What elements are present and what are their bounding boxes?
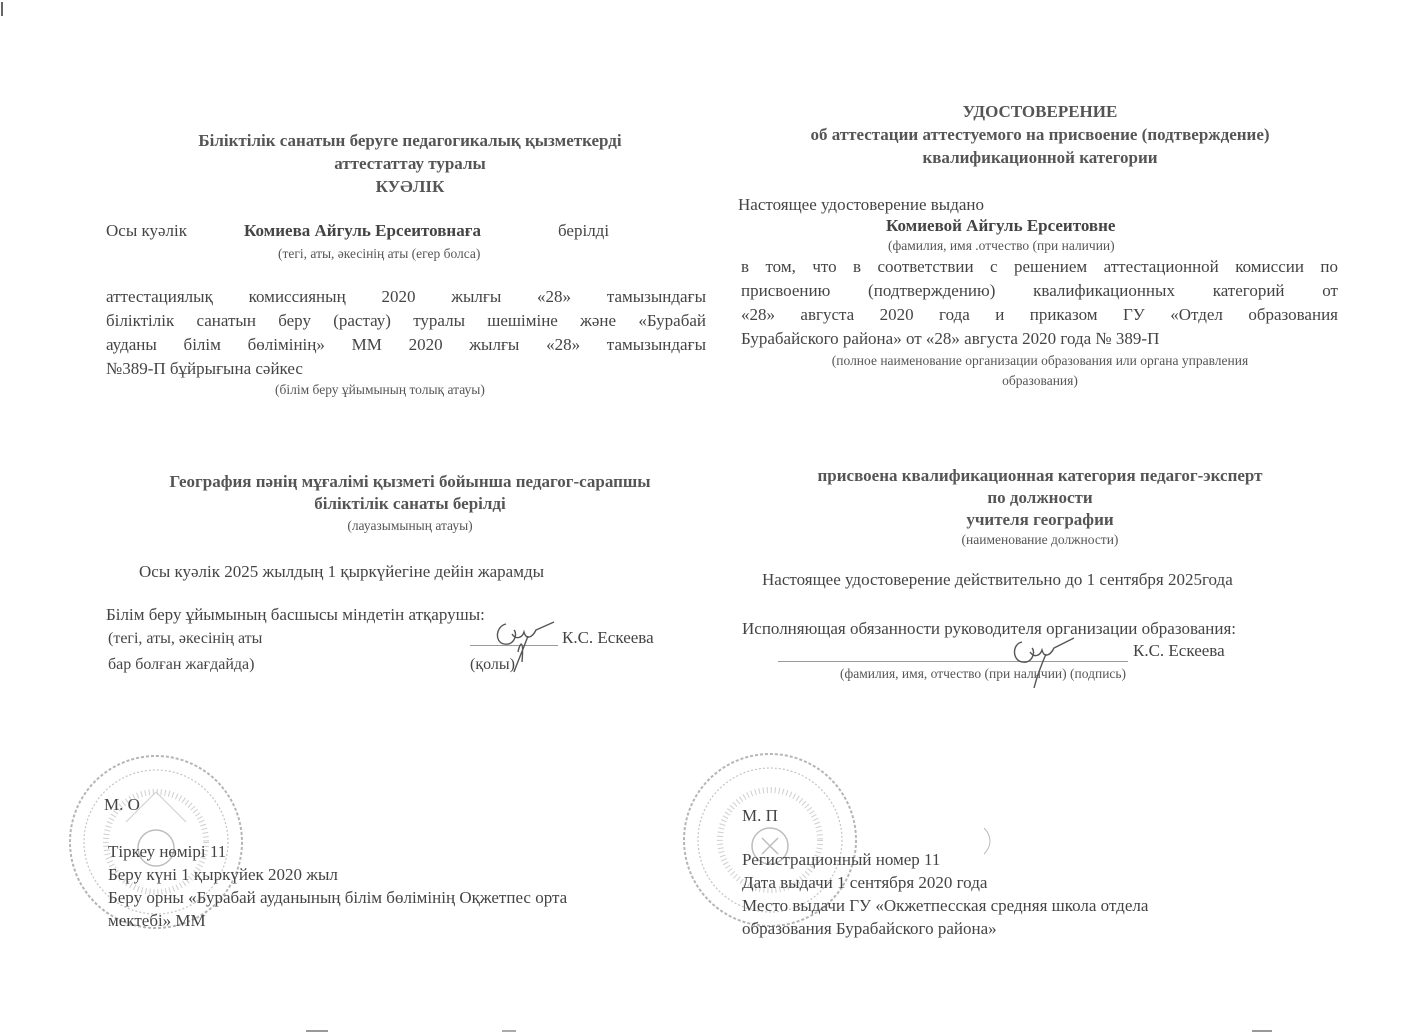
left-title-line3: КУӘЛІК — [100, 177, 720, 197]
left-name-caption: (тегі, аты, әкесінің аты (егер болса) — [278, 246, 480, 262]
right-validity: Настоящее удостоверение действительно до… — [762, 570, 1233, 590]
bracket-mark — [982, 826, 994, 856]
left-org-caption: (білім беру ұйымының толық атауы) — [275, 382, 485, 398]
left-body-line-2: біліктілік санатын беру (растау) туралы … — [106, 308, 706, 334]
right-title-line2: об аттестации аттестуемого на присвоение… — [730, 125, 1350, 145]
right-title-line3: квалификационной категории — [730, 148, 1350, 168]
scan-artifact — [502, 1030, 516, 1032]
right-category-line2: по должности — [730, 488, 1350, 508]
right-stamp-label: М. П — [742, 806, 778, 826]
right-body-line-1: в том, что в соответствии с решением атт… — [741, 254, 1338, 280]
scan-artifact — [306, 1030, 328, 1032]
right-name-caption: (фамилия, имя .отчество (при наличии) — [888, 238, 1115, 254]
left-position-line1: География пәнің мұғалімі қызметі бойынша… — [100, 472, 720, 492]
right-issue-place-line1: Место выдачи ГУ «Окжетпесская средняя шк… — [742, 896, 1148, 916]
left-position-line2: біліктілік санаты берілді — [100, 494, 720, 514]
left-title-line2: аттестаттау туралы — [100, 154, 720, 174]
left-issued-name: Комиева Айгуль Ерсеитовнаға — [244, 221, 481, 241]
right-signer: К.С. Ескеева — [1133, 641, 1225, 661]
right-position-caption: (наименование должности) — [730, 532, 1350, 548]
right-title-line1: УДОСТОВЕРЕНИЕ — [730, 102, 1350, 122]
right-issue-date: Дата выдачи 1 сентября 2020 года — [742, 873, 987, 893]
scan-artifact — [1252, 1030, 1272, 1032]
left-title-line1: Біліктілік санатын беруге педагогикалық … — [100, 131, 720, 151]
left-issued-prefix: Осы куәлік — [106, 221, 187, 241]
right-body-line-4: Бурабайского района» от «28» августа 202… — [741, 326, 1159, 352]
right-body-line-3: «28» августа 2020 года и приказом ГУ «От… — [741, 302, 1338, 328]
left-issued-suffix: берілді — [558, 221, 609, 241]
right-category-line3: учителя географии — [730, 510, 1350, 530]
handwritten-signature-icon — [1008, 632, 1078, 692]
left-issue-place-line1: Беру орны «Бурабай ауданының білім бөлім… — [108, 888, 567, 908]
scan-artifact — [1, 2, 3, 16]
left-head-caption-line2: бар болған жағдайда) — [108, 656, 254, 674]
left-reg-number: Тіркеу нөмірі 11 — [108, 842, 226, 862]
left-position-caption: (лауазымының атауы) — [100, 518, 720, 534]
left-body-line-1: аттестациялық комиссияның 2020 жылғы «28… — [106, 284, 706, 310]
left-body-line-4: №389-П бұйрығына сәйкес — [106, 356, 303, 382]
right-issued-name: Комиевой Айгуль Ерсеитовне — [886, 216, 1115, 236]
left-signer: К.С. Ескеева — [562, 628, 654, 648]
left-stamp-label: М. О — [104, 795, 140, 815]
right-org-caption-line2: образования) — [730, 373, 1350, 389]
left-body-line-3: ауданы білім бөлімінің» ММ 2020 жылғы «2… — [106, 332, 706, 358]
right-reg-number: Регистрационный номер 11 — [742, 850, 940, 870]
right-sign-caption: (фамилия, имя, отчество (при наличии) (п… — [840, 666, 1126, 682]
right-issued-label: Настоящее удостоверение выдано — [738, 195, 984, 215]
right-body-line-2: присвоению (подтверждению) квалификацион… — [741, 278, 1338, 304]
left-head-caption-line1: (тегі, аты, әкесінің аты — [108, 630, 262, 648]
left-head-title: Білім беру ұйымының басшысы міндетін атқ… — [106, 605, 485, 625]
handwritten-signature-icon — [488, 612, 558, 676]
right-category-line1: присвоена квалификационная категория пед… — [730, 466, 1350, 486]
right-issue-place-line2: образования Бурабайского района» — [742, 919, 997, 939]
right-org-caption-line1: (полное наименование организации образов… — [730, 353, 1350, 369]
right-head-title: Исполняющая обязанности руководителя орг… — [742, 619, 1236, 639]
left-issue-place-line2: мектебі» ММ — [108, 911, 206, 931]
left-issue-date: Беру күні 1 қыркүйек 2020 жыл — [108, 865, 338, 885]
left-validity: Осы куәлік 2025 жылдың 1 қыркүйегіне дей… — [139, 562, 544, 582]
